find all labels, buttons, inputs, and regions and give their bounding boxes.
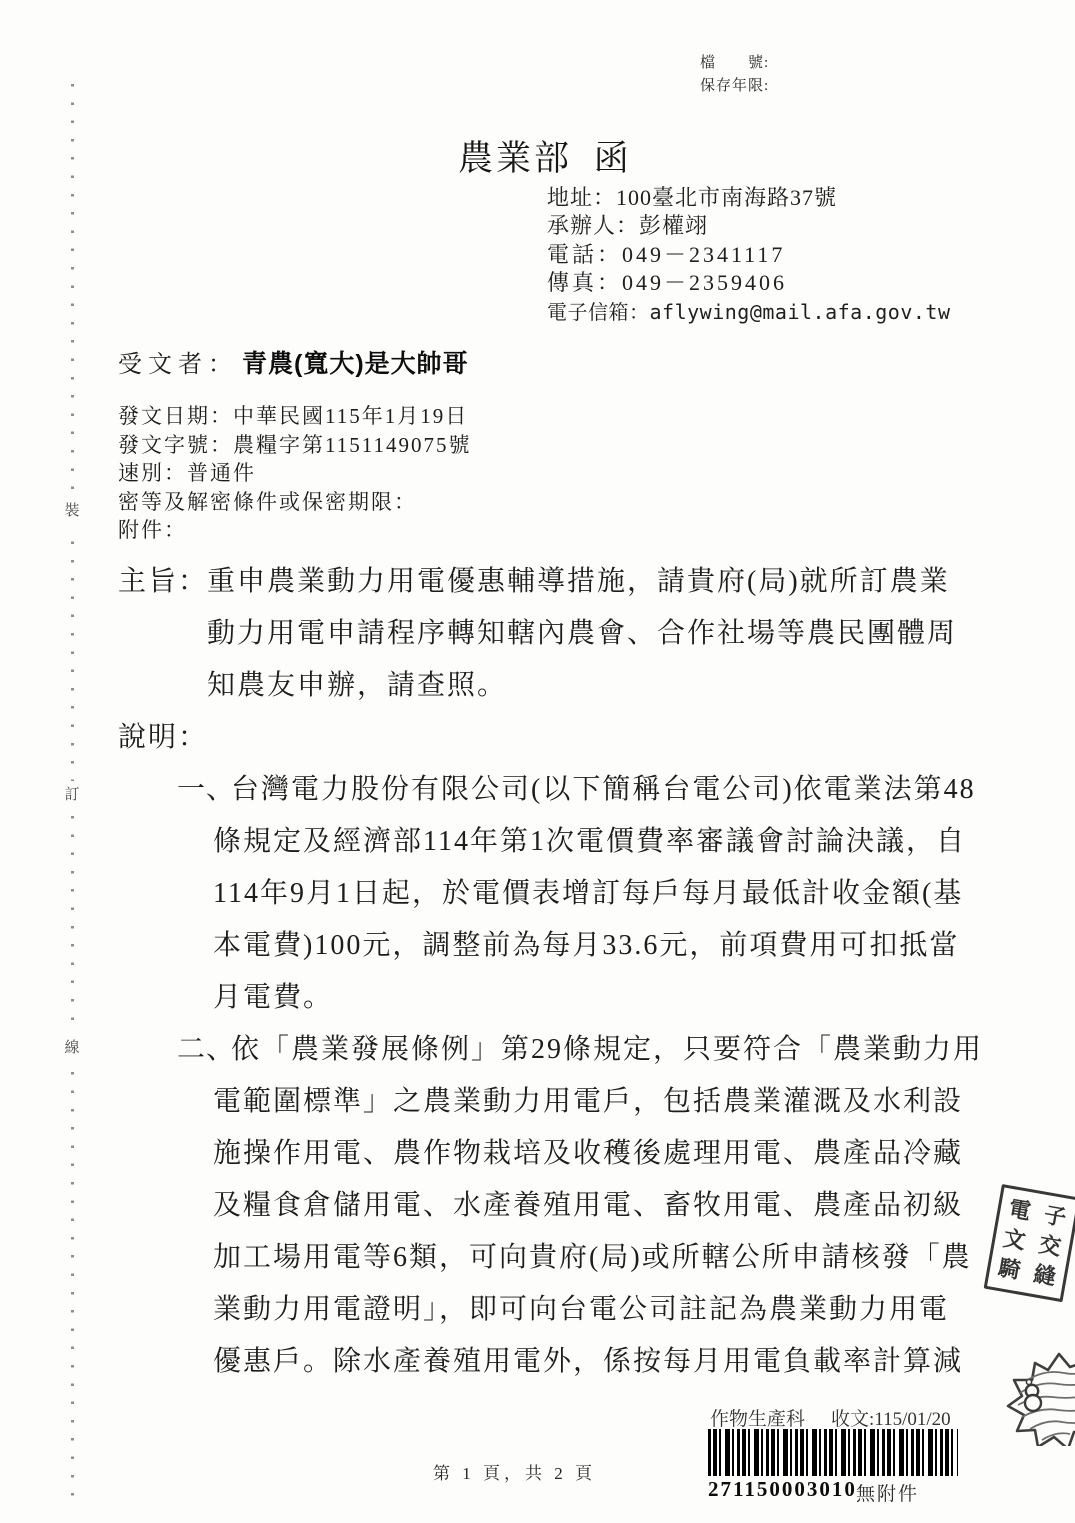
- explanation-item2-text: 依「農業發展條例」第29條規定，只要符合「農業動力用 電範圍標準」之農業動力用電…: [213, 1024, 983, 1388]
- subject-line: 動力用電申請程序轉知轄內農會、合作社場等農民團體周: [207, 608, 957, 660]
- body-line: 依「農業發展條例」第29條規定，只要符合「農業動力用: [213, 1024, 983, 1076]
- issue-date-line: 發文日期：中華民國115年1月19日: [118, 402, 471, 431]
- receiving-dept: 作物生產科: [710, 1409, 805, 1430]
- attachment-line: 附件：: [118, 516, 471, 545]
- doc-number-line: 發文字號：農糧字第1151149075號: [118, 431, 471, 460]
- explanation-item1-text: 台灣電力股份有限公司(以下簡稱台電公司)依電業法第48 條規定及經濟部114年第…: [213, 764, 976, 1024]
- retention-period-label: 保存年限:: [700, 75, 769, 98]
- receiving-dept-line: 作物生產科收文:115/01/20: [710, 1404, 951, 1431]
- file-header-block: 檔 號: 保存年限:: [700, 52, 769, 98]
- body-line: 電範圍標準」之農業動力用電戶，包括農業灌溉及水利設: [213, 1076, 983, 1128]
- binding-mark-zhuang: 裝: [61, 497, 83, 526]
- scanned-official-letter-page: 裝 訂 線 檔 號: 保存年限: 農業部 函 地址：100臺北市南海路37號 承…: [0, 0, 1075, 1523]
- binding-mark-xian: 線: [61, 1034, 83, 1063]
- speed-class-line: 速別：普通件: [118, 459, 471, 488]
- recipient-line: 受文者：青農(寬大)是大帥哥: [118, 344, 469, 380]
- body-line: 台灣電力股份有限公司(以下簡稱台電公司)依電業法第48: [213, 764, 976, 816]
- subject-text: 重申農業動力用電優惠輔導措施，請貴府(局)就所訂農業 動力用電申請程序轉知轄內農…: [207, 556, 957, 712]
- body-line: 本電費)100元，調整前為每月33.6元，前項費用可扣抵當: [213, 920, 976, 972]
- seal-digit-bottom-loop: [1025, 1395, 1041, 1411]
- sender-contact-person: 承辦人：彭權翊: [547, 212, 950, 240]
- subject-line: 知農友申辦，請查照。: [207, 660, 957, 712]
- sender-info-block: 地址：100臺北市南海路37號 承辦人：彭權翊 電話：049－2341117 傳…: [547, 184, 950, 326]
- stamp-column-right: 子交縫: [1030, 1200, 1069, 1293]
- document-meta-block: 發文日期：中華民國115年1月19日 發文字號：農糧字第1151149075號 …: [118, 402, 471, 545]
- barcode-number: 271150003010: [708, 1477, 857, 1502]
- recipient-label: 受文者：: [118, 352, 238, 378]
- recipient-name: 青農(寬大)是大帥哥: [242, 350, 469, 378]
- document-title: 農業部 函: [458, 131, 632, 181]
- stamp-column-left: 電文騎: [995, 1194, 1034, 1287]
- body-line: 優惠戶。除水產養殖用電外，係按每月用電負載率計算減: [213, 1336, 983, 1388]
- sender-phone: 電話：049－2341117: [547, 241, 950, 269]
- subject-label: 主旨：: [118, 556, 208, 608]
- receipt-date: 收文:115/01/20: [831, 1409, 951, 1430]
- body-line: 加工場用電等6類，可向貴府(局)或所轄公所申請核發「農: [213, 1232, 983, 1284]
- file-number-label: 檔 號:: [700, 52, 769, 75]
- body-line: 月電費。: [213, 972, 976, 1024]
- body-line: 條規定及經濟部114年第1次電價費率審議會討論決議，自: [213, 816, 976, 868]
- binding-mark-ding: 訂: [61, 781, 83, 810]
- subject-line: 重申農業動力用電優惠輔導措施，請貴府(局)就所訂農業: [207, 556, 957, 608]
- body-line: 施操作用電、農作物栽培及收穫後處理用電、農產品冷藏: [213, 1128, 983, 1180]
- exchange-seam-stamp: 電文騎 子交縫: [984, 1184, 1075, 1302]
- sender-email: 電子信箱：aflywing@mail.afa.gov.tw: [547, 298, 950, 326]
- body-line: 業動力用電證明」，即可向台電公司註記為農業動力用電: [213, 1284, 983, 1336]
- page-number-info: 第 1 頁，共 2 頁: [433, 1459, 596, 1484]
- sender-address: 地址：100臺北市南海路37號: [547, 184, 950, 212]
- explanation-label: 說明：: [118, 712, 208, 764]
- barcode: [708, 1429, 958, 1476]
- security-class-line: 密等及解密條件或保密期限：: [118, 488, 471, 517]
- star-seal-stamp: 8: [1002, 1351, 1075, 1446]
- no-attachment-note: 無附件: [856, 1479, 919, 1506]
- body-line: 及糧食倉儲用電、水產養殖用電、畜牧用電、農產品初級: [213, 1180, 983, 1232]
- body-line: 114年9月1日起，於電價表增訂每戶每月最低計收金額(基: [213, 868, 976, 920]
- sender-fax: 傳真：049－2359406: [547, 269, 950, 297]
